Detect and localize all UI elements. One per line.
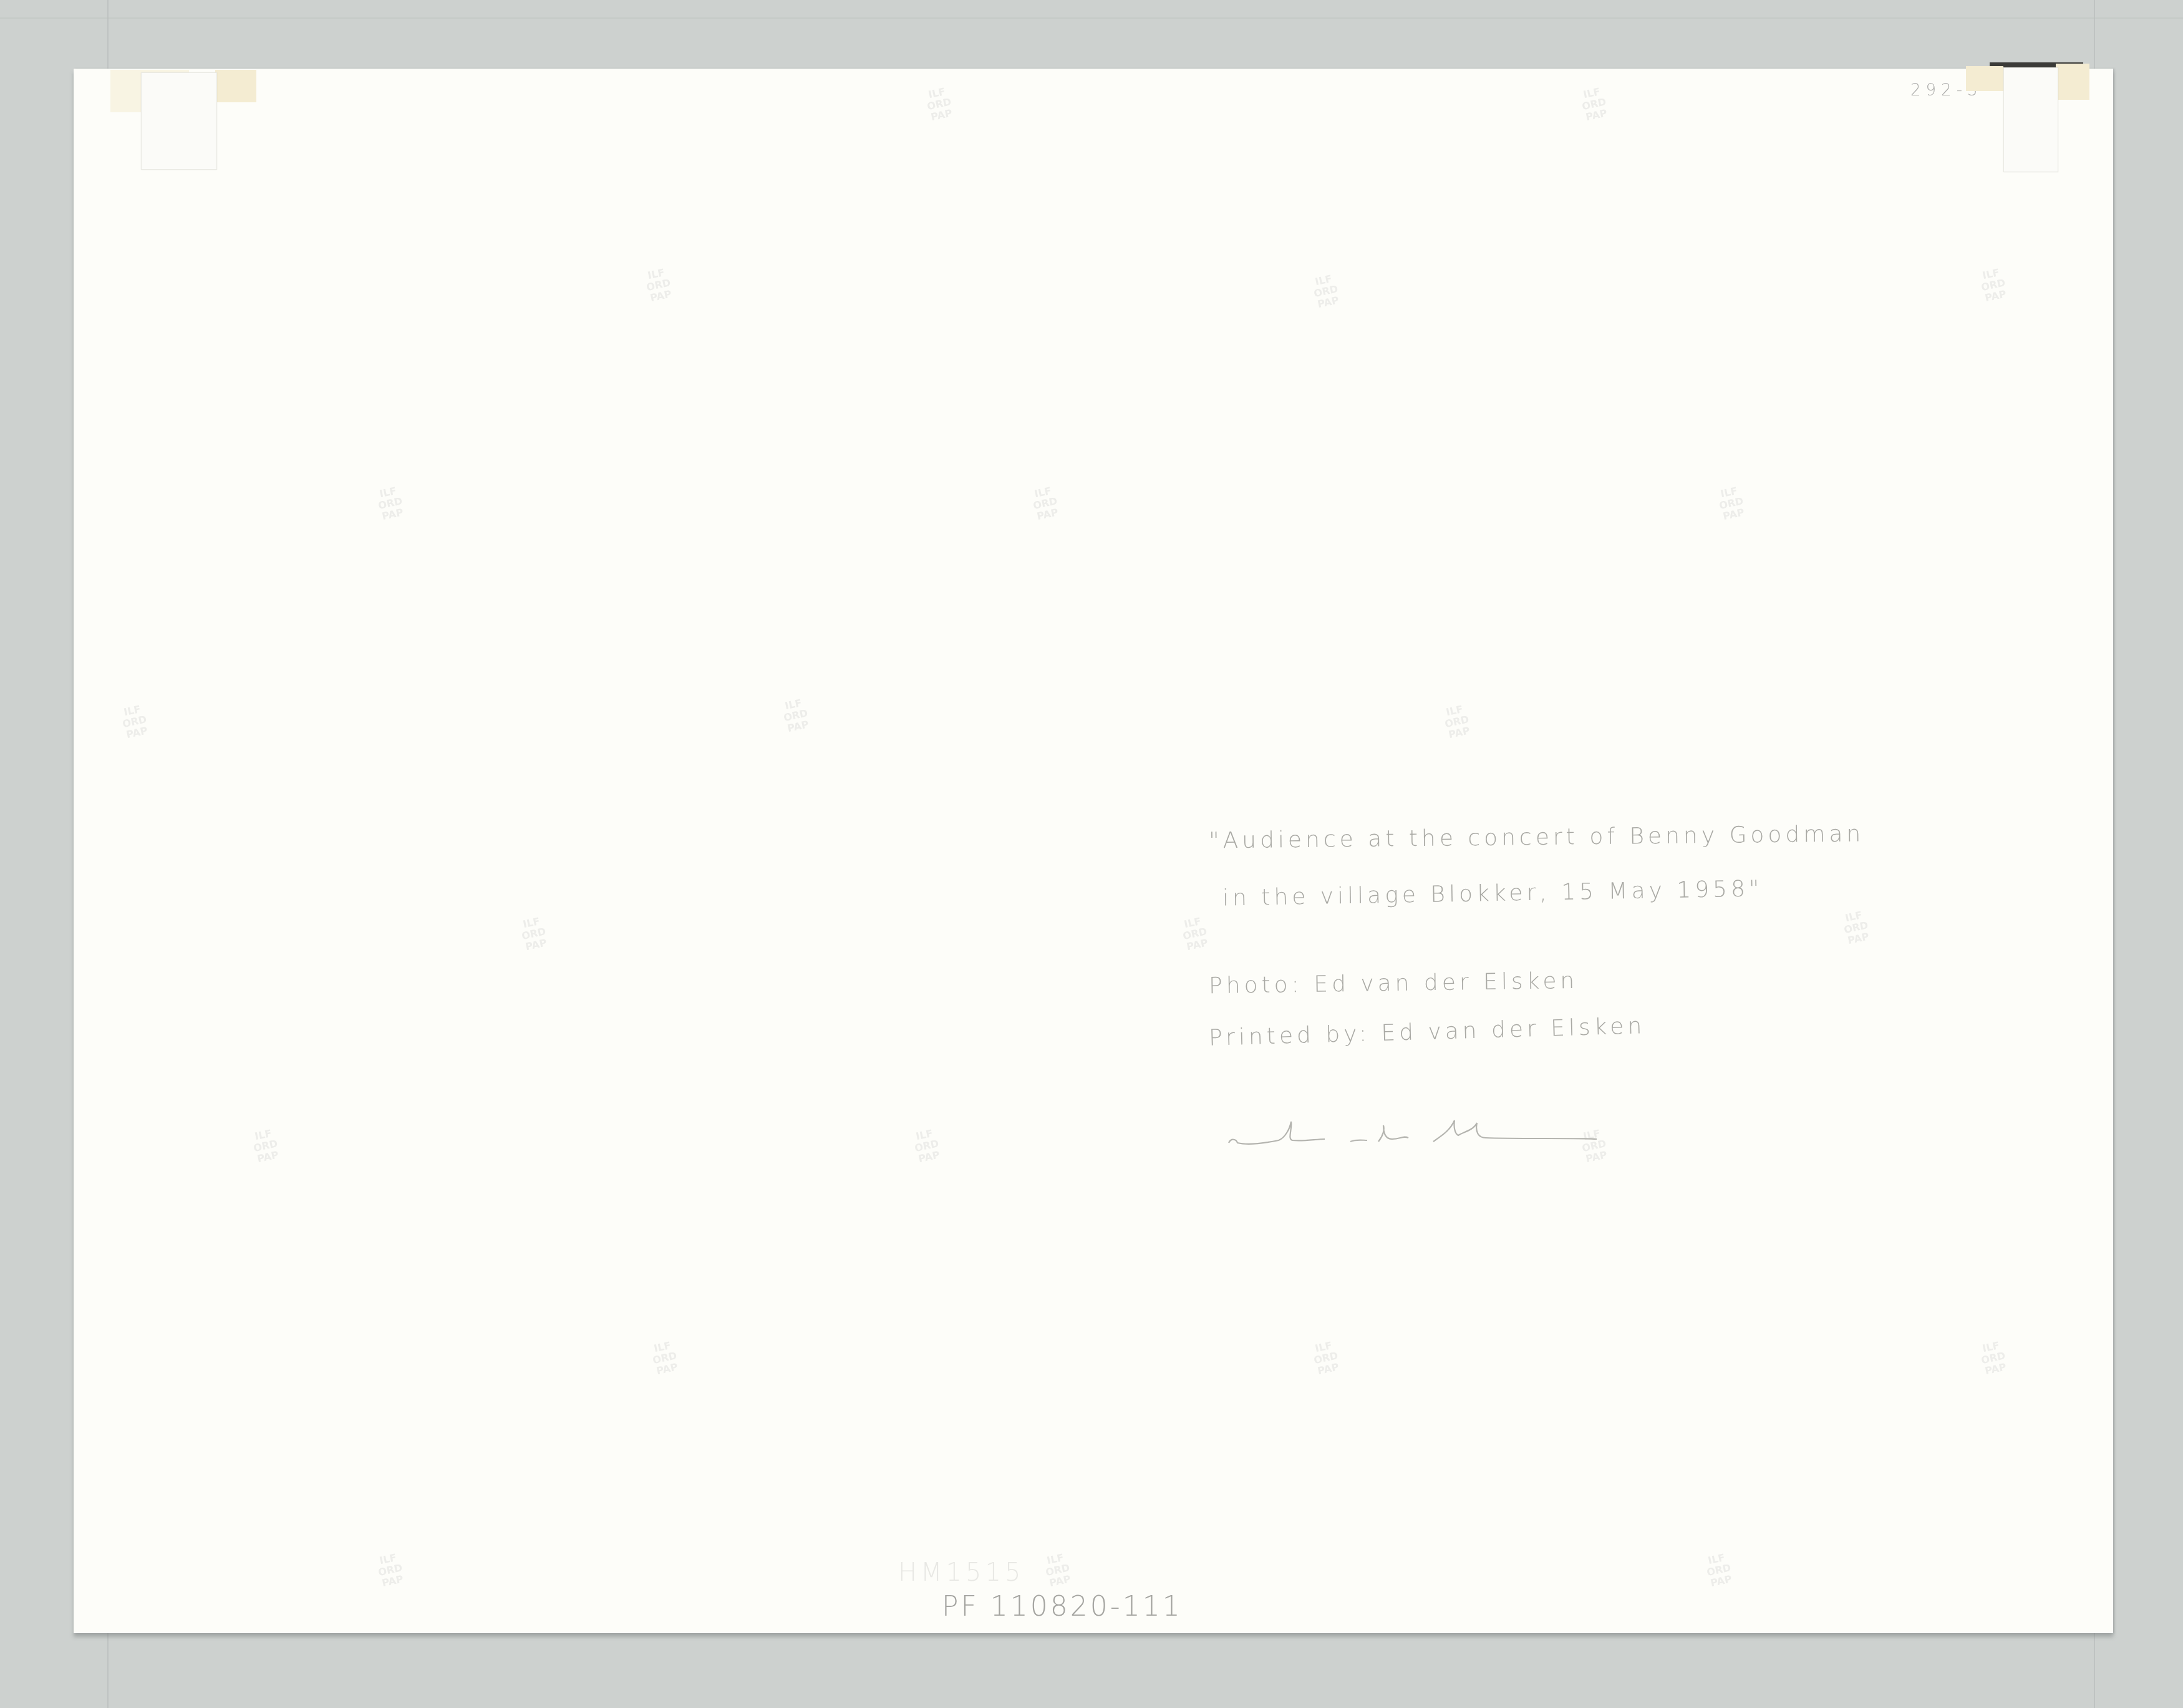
paper-watermark: ILFORDPAP bbox=[1716, 485, 1750, 536]
paper-watermark: ILFORDPAP bbox=[1310, 273, 1345, 324]
mounting-hinge bbox=[141, 72, 217, 170]
archival-tape bbox=[1966, 66, 2003, 91]
archival-tape bbox=[2056, 64, 2089, 100]
backing-seam-top bbox=[0, 17, 2183, 19]
paper-watermark: ILFORDPAP bbox=[1310, 1339, 1345, 1390]
paper-watermark: ILFORDPAP bbox=[1441, 703, 1476, 754]
paper-watermark: ILFORDPAP bbox=[1579, 85, 1613, 137]
paper-watermark: ILFORDPAP bbox=[780, 697, 815, 748]
faint-inventory-number: HM1515 bbox=[898, 1558, 1024, 1587]
mounting-hinge bbox=[2003, 67, 2058, 172]
paper-watermark: ILFORDPAP bbox=[375, 485, 409, 536]
paper-watermark: ILFORDPAP bbox=[119, 703, 153, 754]
photo-credit: Photo: Ed van der Elsken bbox=[1209, 968, 1579, 999]
signature-icon bbox=[1222, 1117, 1821, 1154]
paper-watermark: ILFORDPAP bbox=[1179, 915, 1214, 966]
paper-watermark: ILFORDPAP bbox=[1703, 1551, 1738, 1603]
paper-watermark: ILFORDPAP bbox=[1978, 266, 2012, 318]
photo-paper-verso: ILFORDPAP ILFORDPAP ILFORDPAP ILFORDPAP … bbox=[74, 69, 2113, 1633]
paper-watermark: ILFORDPAP bbox=[1978, 1339, 2012, 1390]
printed-by-credit: Printed by: Ed van der Elsken bbox=[1209, 1013, 1646, 1051]
paper-watermark: ILFORDPAP bbox=[911, 1127, 946, 1178]
archival-tape bbox=[215, 70, 256, 102]
paper-watermark: ILFORDPAP bbox=[924, 85, 958, 137]
caption-line-1: "Audience at the concert of Benny Goodma… bbox=[1209, 821, 1865, 853]
inventory-number: PF 110820-111 bbox=[942, 1591, 1183, 1623]
paper-watermark: ILFORDPAP bbox=[1841, 909, 1875, 960]
caption-line-2: in the village Blokker, 15 May 1958" bbox=[1222, 876, 1763, 911]
paper-watermark: ILFORDPAP bbox=[649, 1339, 684, 1390]
paper-watermark: ILFORDPAP bbox=[1030, 485, 1064, 536]
paper-watermark: ILFORDPAP bbox=[375, 1551, 409, 1603]
paper-watermark: ILFORDPAP bbox=[250, 1127, 284, 1178]
paper-watermark: ILFORDPAP bbox=[518, 915, 553, 966]
paper-watermark: ILFORDPAP bbox=[643, 266, 677, 318]
